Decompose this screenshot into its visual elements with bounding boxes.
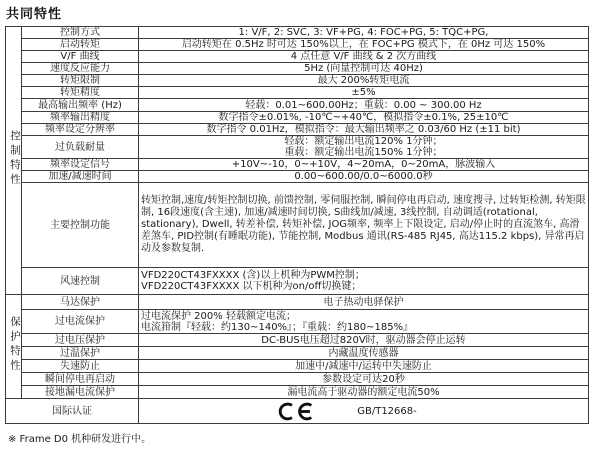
row-overvoltage-protection-label: 过电压保护: [22, 334, 139, 347]
row-certification: 国际认证 GB/T12668-: [6, 399, 589, 424]
row-frequency-resolution-value: 数字指令 0.01Hz，模拟指令：最大输出频率之 0.03/60 Hz (±11…: [139, 124, 589, 136]
footnote: ※ Frame D0 机种研发进行中。: [8, 430, 593, 445]
spec-page: 共同特性 控制特性 控制方式 1: V/F, 2: SVC, 3: VF+PG,…: [0, 0, 593, 445]
row-torque-limit-label: 转矩限制: [22, 75, 139, 87]
row-main-control-functions: 主要控制功能 转矩控制,速度/转矩控制切换, 前馈控制, 零伺服控制, 瞬间停电…: [6, 183, 589, 268]
row-frequency-output-accuracy: 频率输出精度 数字指令±0.01%, -10℃~+40℃，模拟指令±0.1%, …: [6, 112, 589, 124]
row-control-mode-label: 控制方式: [22, 27, 139, 39]
row-accel-decel-time: 加速/减速时间 0.00~600.00/0.0~6000.0秒: [6, 171, 589, 183]
row-vf-curve-value: 4 点任意 V/F 曲线 & 2 次方曲线: [139, 51, 589, 63]
row-max-output-frequency: 最高输出频率 (Hz) 轻载：0.01~600.00Hz；重载：0.00 ~ 3…: [6, 99, 589, 112]
row-main-control-functions-value: 转矩控制,速度/转矩控制切换, 前馈控制, 零伺服控制, 瞬间停电再启动, 速度…: [139, 183, 589, 268]
row-speed-response-label: 速度反应能力: [22, 63, 139, 75]
row-frequency-resolution: 频率设定分辨率 数字指令 0.01Hz，模拟指令：最大输出频率之 0.03/60…: [6, 124, 589, 136]
row-torque-accuracy-label: 转矩精度: [22, 87, 139, 99]
row-vf-curve-label: V/F 曲线: [22, 51, 139, 63]
row-momentary-power-loss-restart-label: 瞬间停电再启动: [22, 373, 139, 386]
row-momentary-power-loss-restart-value: 参数设定可达20秒: [139, 373, 589, 386]
row-momentary-power-loss-restart: 瞬间停电再启动 参数设定可达20秒: [6, 373, 589, 386]
row-overcurrent-protection-value: 过电流保护 200% 轻载额定电流； 电流箝制『轻载：约130~140%』；『重…: [139, 310, 589, 334]
row-max-output-frequency-label: 最高输出频率 (Hz): [22, 99, 139, 112]
spec-value-line: 轻载：额定输出电流120% 1分钟；: [142, 136, 585, 147]
row-overcurrent-protection: 过电流保护 过电流保护 200% 轻载额定电流； 电流箝制『轻载：约130~14…: [6, 310, 589, 334]
row-starting-torque-label: 启动转矩: [22, 39, 139, 51]
row-certification-label: 国际认证: [6, 399, 139, 424]
row-overload-capacity-label: 过负载耐量: [22, 136, 139, 159]
row-frequency-output-accuracy-label: 频率输出精度: [22, 112, 139, 124]
row-overtemperature-protection: 过温保护 内藏温度传感器: [6, 347, 589, 360]
row-starting-torque-value: 启动转矩在 0.5Hz 时可达 150%以上，在 FOC+PG 模式下，在 0H…: [139, 39, 589, 51]
row-motor-protection-label: 马达保护: [22, 295, 139, 310]
section-label-control-text: 控制特性: [9, 130, 20, 188]
row-accel-decel-time-label: 加速/减速时间: [22, 171, 139, 183]
row-motor-protection-value: 电子热动电驿保护: [139, 295, 589, 310]
row-max-output-frequency-value: 轻载：0.01~600.00Hz；重载：0.00 ~ 300.00 Hz: [139, 99, 589, 112]
ce-mark-icon: [278, 402, 315, 421]
row-overvoltage-protection: 过电压保护 DC-BUS电压超过820V时，驱动器会停止运转: [6, 334, 589, 347]
spec-value-line: VFD220CT43FXXXX 以下机种为on/off切换键；: [141, 281, 586, 292]
row-stall-prevention-value: 加速中/减速中/运转中失速防止: [139, 360, 589, 373]
row-accel-decel-time-value: 0.00~600.00/0.0~6000.0秒: [139, 171, 589, 183]
row-speed-response: 速度反应能力 5Hz (向量控制可达 40Hz): [6, 63, 589, 75]
row-stall-prevention: 失速防止 加速中/减速中/运转中失速防止: [6, 360, 589, 373]
row-overtemperature-protection-value: 内藏温度传感器: [139, 347, 589, 360]
row-stall-prevention-label: 失速防止: [22, 360, 139, 373]
row-torque-limit-value: 最大 200%转矩电流: [139, 75, 589, 87]
spec-value-line: VFD220CT43FXXXX (含)以上机种为PWM控制；: [141, 270, 586, 281]
row-control-mode-value: 1: V/F, 2: SVC, 3: VF+PG, 4: FOC+PG, 5: …: [139, 27, 589, 39]
row-torque-accuracy: 转矩精度 ±5%: [6, 87, 589, 99]
row-vf-curve: V/F 曲线 4 点任意 V/F 曲线 & 2 次方曲线: [6, 51, 589, 63]
row-frequency-resolution-label: 频率设定分辨率: [22, 124, 139, 136]
section-label-protection: 保护特性: [6, 295, 22, 399]
row-frequency-setting-signal: 频率设定信号 +10V~-10，0~+10V，4~20mA，0~20mA，脉波输…: [6, 159, 589, 171]
row-starting-torque: 启动转矩 启动转矩在 0.5Hz 时可达 150%以上，在 FOC+PG 模式下…: [6, 39, 589, 51]
row-overtemperature-protection-label: 过温保护: [22, 347, 139, 360]
row-main-control-functions-label: 主要控制功能: [22, 183, 139, 268]
row-overload-capacity: 过负载耐量 轻载：额定输出电流120% 1分钟； 重载：额定输出电流150% 1…: [6, 136, 589, 159]
section-label-protection-text: 保护特性: [9, 316, 20, 374]
spec-value-line: 重载：额定输出电流150% 1分钟；: [142, 147, 585, 158]
row-overload-capacity-value: 轻载：额定输出电流120% 1分钟； 重载：额定输出电流150% 1分钟；: [139, 136, 589, 159]
spec-table: 控制特性 控制方式 1: V/F, 2: SVC, 3: VF+PG, 4: F…: [5, 26, 589, 424]
spec-value-line: 过电流保护 200% 轻载额定电流；: [141, 311, 586, 322]
row-torque-accuracy-value: ±5%: [139, 87, 589, 99]
row-certification-value: GB/T12668-: [139, 399, 589, 424]
row-frequency-setting-signal-value: +10V~-10，0~+10V，4~20mA，0~20mA，脉波输入: [139, 159, 589, 171]
section-label-control: 控制特性: [6, 27, 22, 295]
row-motor-protection: 保护特性 马达保护 电子热动电驿保护: [6, 295, 589, 310]
cert-standard: GB/T12668-: [357, 406, 417, 417]
row-control-mode: 控制特性 控制方式 1: V/F, 2: SVC, 3: VF+PG, 4: F…: [6, 27, 589, 39]
row-overvoltage-protection-value: DC-BUS电压超过820V时，驱动器会停止运转: [139, 334, 589, 347]
row-ground-leakage-protection-label: 接地漏电流保护: [22, 386, 139, 399]
row-fan-speed-control: 风速控制 VFD220CT43FXXXX (含)以上机种为PWM控制； VFD2…: [6, 268, 589, 295]
row-speed-response-value: 5Hz (向量控制可达 40Hz): [139, 63, 589, 75]
row-torque-limit: 转矩限制 最大 200%转矩电流: [6, 75, 589, 87]
row-overcurrent-protection-label: 过电流保护: [22, 310, 139, 334]
row-ground-leakage-protection: 接地漏电流保护 漏电流高于驱动器的额定电流50%: [6, 386, 589, 399]
row-fan-speed-control-label: 风速控制: [22, 268, 139, 295]
page-title: 共同特性: [6, 3, 593, 22]
row-frequency-setting-signal-label: 频率设定信号: [22, 159, 139, 171]
row-fan-speed-control-value: VFD220CT43FXXXX (含)以上机种为PWM控制； VFD220CT4…: [139, 268, 589, 295]
row-frequency-output-accuracy-value: 数字指令±0.01%, -10℃~+40℃，模拟指令±0.1%, 25±10℃: [139, 112, 589, 124]
spec-value-line: 电流箝制『轻载：约130~140%』；『重载：约180~185%』: [141, 322, 586, 333]
row-ground-leakage-protection-value: 漏电流高于驱动器的额定电流50%: [139, 386, 589, 399]
